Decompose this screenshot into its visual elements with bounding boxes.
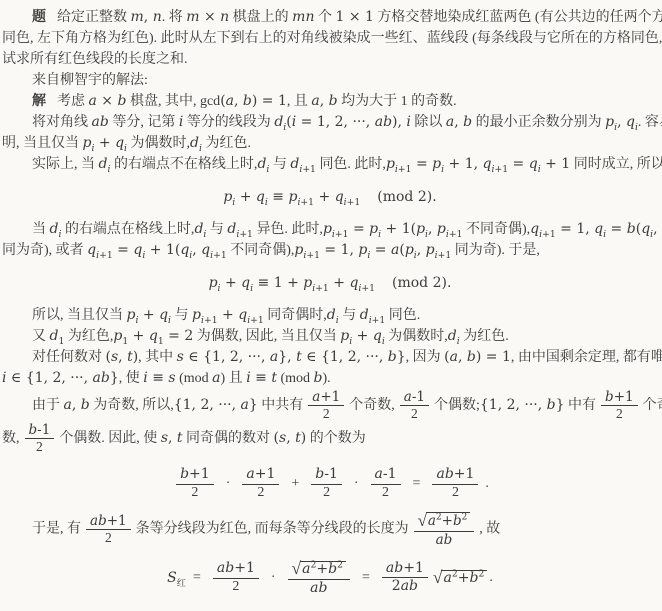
fraction: a+12 [242,467,279,500]
text-run: 个偶数;{1, 2, ···, b} 中有 [434,398,596,413]
inline-fraction: b-12 [25,423,55,454]
fraction: ab+12ab [382,561,428,595]
operator: = [193,568,201,588]
inline-fraction: a+12 [308,390,344,421]
text-line: 明, 当且仅当 pi + qi 为偶数时,di 为红色. [2,133,658,154]
math-document-page: 题给定正整数 m, n. 将 m × n 棋盘上的 mn 个 1 × 1 方格交… [0,0,662,611]
display-equation-2: pi + qi ≡ 1 + pi+1 + qi+1 (mod 2). [2,273,658,293]
text-run: 个奇数, [349,398,395,413]
text-line: 题给定正整数 m, n. 将 m × n 棋盘上的 mn 个 1 × 1 方格交… [2,7,658,28]
inline-fraction: √a2+b2ab [414,512,475,547]
text-run: 于是, 有 [32,522,81,537]
text-run: 个偶数. 因此, 使 s, t 同奇偶的数对 (s, t) 的个数为 [59,431,365,446]
operator: = [362,568,370,588]
solution-section: 解考虑 a × b 棋盘, 其中, gcd(a, b) = 1, 且 a, b … [2,91,658,597]
equation-body: pi + qi ≡ pi+1 + qi+1 [223,187,360,207]
radical: √a2+b2 [433,567,487,589]
text-line: 对任何数对 (s, t), 其中 s ∈ {1, 2, ···, a}, t ∈… [2,347,658,368]
attribution-line: 来自柳智宇的解法: [2,70,658,91]
problem-label: 题 [32,10,46,25]
text-line: 试求所有红色线段的长度之和. [2,49,658,70]
fraction: ab+12 [213,561,259,594]
operator: + [291,474,299,494]
text-run: 由于 a, b 为奇数, 所以,{1, 2, ···, a} 中共有 [32,398,303,413]
text-line: 同为奇), 或者 qi+1 = qi + 1(qi, qi+1 不同奇偶),pi… [2,240,658,261]
fraction: √a2+b2ab [288,559,350,596]
mod-annotation: (mod 2). [392,273,451,293]
inline-fraction: b+12 [601,390,638,421]
operator: · [226,474,231,494]
text-line: 由于 a, b 为奇数, 所以,{1, 2, ···, a} 中共有a+12个奇… [2,389,658,422]
text-line: 所以, 当且仅当 pi + qi 与 pi+1 + qi+1 同奇偶时,di 与… [2,305,658,326]
inline-fraction: ab+12 [86,514,131,545]
operator: · [354,474,359,494]
text-line: 又 d1 为红色,p1 + q1 = 2 为偶数, 因此, 当且仅当 pi + … [2,326,658,347]
fraction: ab+12 [432,467,478,500]
equation-body: pi + qi ≡ 1 + pi+1 + qi+1 [209,273,375,293]
text-line: i ∈ {1, 2, ···, ab}, 使 i ≡ s (mod a) 且 i… [2,368,658,389]
text-run: 条等分线段为红色, 而每条等分线段的长度为 [136,522,409,537]
period: . [485,474,489,494]
text-run: 个奇 [643,398,662,413]
fraction: a-12 [371,467,401,500]
radical: √a2+b2 [418,512,471,530]
text-line: 解考虑 a × b 棋盘, 其中, gcd(a, b) = 1, 且 a, b … [2,91,658,112]
text-line: 实际上, 当 di 的右端点不在格线上时,di 与 di+1 同色. 此时,pi… [2,154,658,175]
period: . [489,568,493,588]
display-equation-3: b+12 · a+12 + b-12 · a-12 = ab+12 . [2,467,658,500]
text-line: 将对角线 ab 等分, 记第 i 等分的线段为 di(i = 1, 2, ···… [2,112,658,133]
solution-text: 考虑 a × b 棋盘, 其中, gcd(a, b) = 1, 且 a, b 均… [57,94,457,109]
mod-annotation: (mod 2). [377,187,436,207]
formula-lhs: S红 [167,568,186,588]
problem-text: 给定正整数 m, n. 将 m × n 棋盘上的 mn 个 1 × 1 方格交替… [57,10,662,25]
fraction: b+12 [176,467,214,500]
text-line: 数,b-12个偶数. 因此, 使 s, t 同奇偶的数对 (s, t) 的个数为 [2,422,658,455]
solution-label: 解 [32,94,46,109]
operator: · [271,568,276,588]
text-line: 于是, 有ab+12条等分线段为红色, 而每条等分线段的长度为√a2+b2ab,… [2,512,658,547]
fraction: b-12 [311,467,342,500]
inline-fraction: a-12 [400,390,429,421]
radical: √a2+b2 [292,559,346,578]
text-line: 同色, 左下角方格为红色). 此时从左下到右上的对角线被染成一些红、蓝线段 (每… [2,28,658,49]
red-length-formula: S红 = ab+12 · √a2+b2ab = ab+12ab √a2+b2 . [2,559,658,596]
text-run: , 故 [479,522,500,537]
display-equation-1: pi + qi ≡ pi+1 + qi+1 (mod 2). [2,187,658,207]
operator: = [413,474,421,494]
text-run: 数, [2,431,20,446]
problem-statement: 题给定正整数 m, n. 将 m × n 棋盘上的 mn 个 1 × 1 方格交… [2,7,658,70]
text-line: 当 di 的右端点在格线上时,di 与 di+1 异色. 此时,pi+1 = p… [2,219,658,240]
